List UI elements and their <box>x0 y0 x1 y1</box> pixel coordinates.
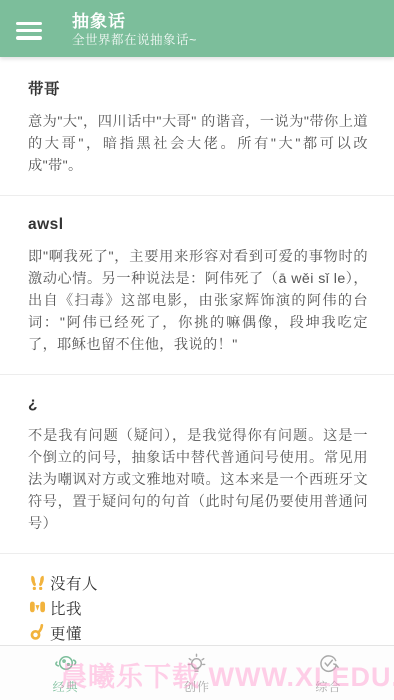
tab-label: 综合 <box>315 678 341 695</box>
entry-inverted-question[interactable]: ¿ 不是我有问题（疑问），是我觉得你有问题。这是一个倒立的问号，抽象话中替代普通… <box>0 375 394 554</box>
emoji-line-text: 比我 <box>50 597 82 619</box>
raised-hands-emoji <box>28 573 47 592</box>
hamburger-menu-icon[interactable] <box>16 22 42 40</box>
app-header: 抽象话 全世界都在说抽象话~ <box>0 0 394 57</box>
emoji-line: 更懂 <box>28 620 368 645</box>
emoji-line: 没有人 <box>28 570 368 595</box>
bottom-tab-bar: 经典 创作 综合 <box>0 645 394 700</box>
emoji-line-text: 更懂 <box>50 622 82 644</box>
tab-classic[interactable]: 经典 <box>0 646 131 700</box>
entry-title: 带哥 <box>28 77 368 99</box>
entry-daige[interactable]: 带哥 意为"大"，四川话中"大哥" 的谐音，一说为"带你上道的大哥"，暗指黑社会… <box>0 57 394 196</box>
header-titles: 抽象话 全世界都在说抽象话~ <box>72 8 197 49</box>
entry-title: ¿ <box>28 395 368 413</box>
app-screen: 抽象话 全世界都在说抽象话~ 带哥 意为"大"，四川话中"大哥" 的谐音，一说为… <box>0 0 394 700</box>
entry-list: 带哥 意为"大"，四川话中"大哥" 的谐音，一说为"带你上道的大哥"，暗指黑社会… <box>0 57 394 681</box>
tab-label: 创作 <box>184 678 210 695</box>
planet-icon <box>53 651 78 676</box>
app-title: 抽象话 <box>72 12 197 32</box>
entry-body: 即"啊我死了"，主要用来形容对看到可爱的事物时的激动心情。另一种说法是：阿伟死了… <box>28 246 368 356</box>
lightbulb-icon <box>184 651 209 676</box>
open-hands-emoji <box>28 598 47 617</box>
tab-create[interactable]: 创作 <box>131 646 262 700</box>
emoji-line: 比我 <box>28 595 368 620</box>
entry-title: awsl <box>28 216 368 234</box>
clock-badge-icon <box>316 651 341 676</box>
tab-label: 经典 <box>53 678 79 695</box>
emoji-line-text: 没有人 <box>50 572 98 594</box>
entry-awsl[interactable]: awsl 即"啊我死了"，主要用来形容对看到可爱的事物时的激动心情。另一种说法是… <box>0 196 394 375</box>
tab-general[interactable]: 综合 <box>263 646 394 700</box>
entry-body: 意为"大"，四川话中"大哥" 的谐音，一说为"带你上道的大哥"，暗指黑社会大佬。… <box>28 111 368 177</box>
ok-hand-emoji <box>28 623 47 642</box>
entry-body: 不是我有问题（疑问），是我觉得你有问题。这是一个倒立的问号，抽象话中替代普通问号… <box>28 425 368 535</box>
app-subtitle: 全世界都在说抽象话~ <box>72 32 197 49</box>
